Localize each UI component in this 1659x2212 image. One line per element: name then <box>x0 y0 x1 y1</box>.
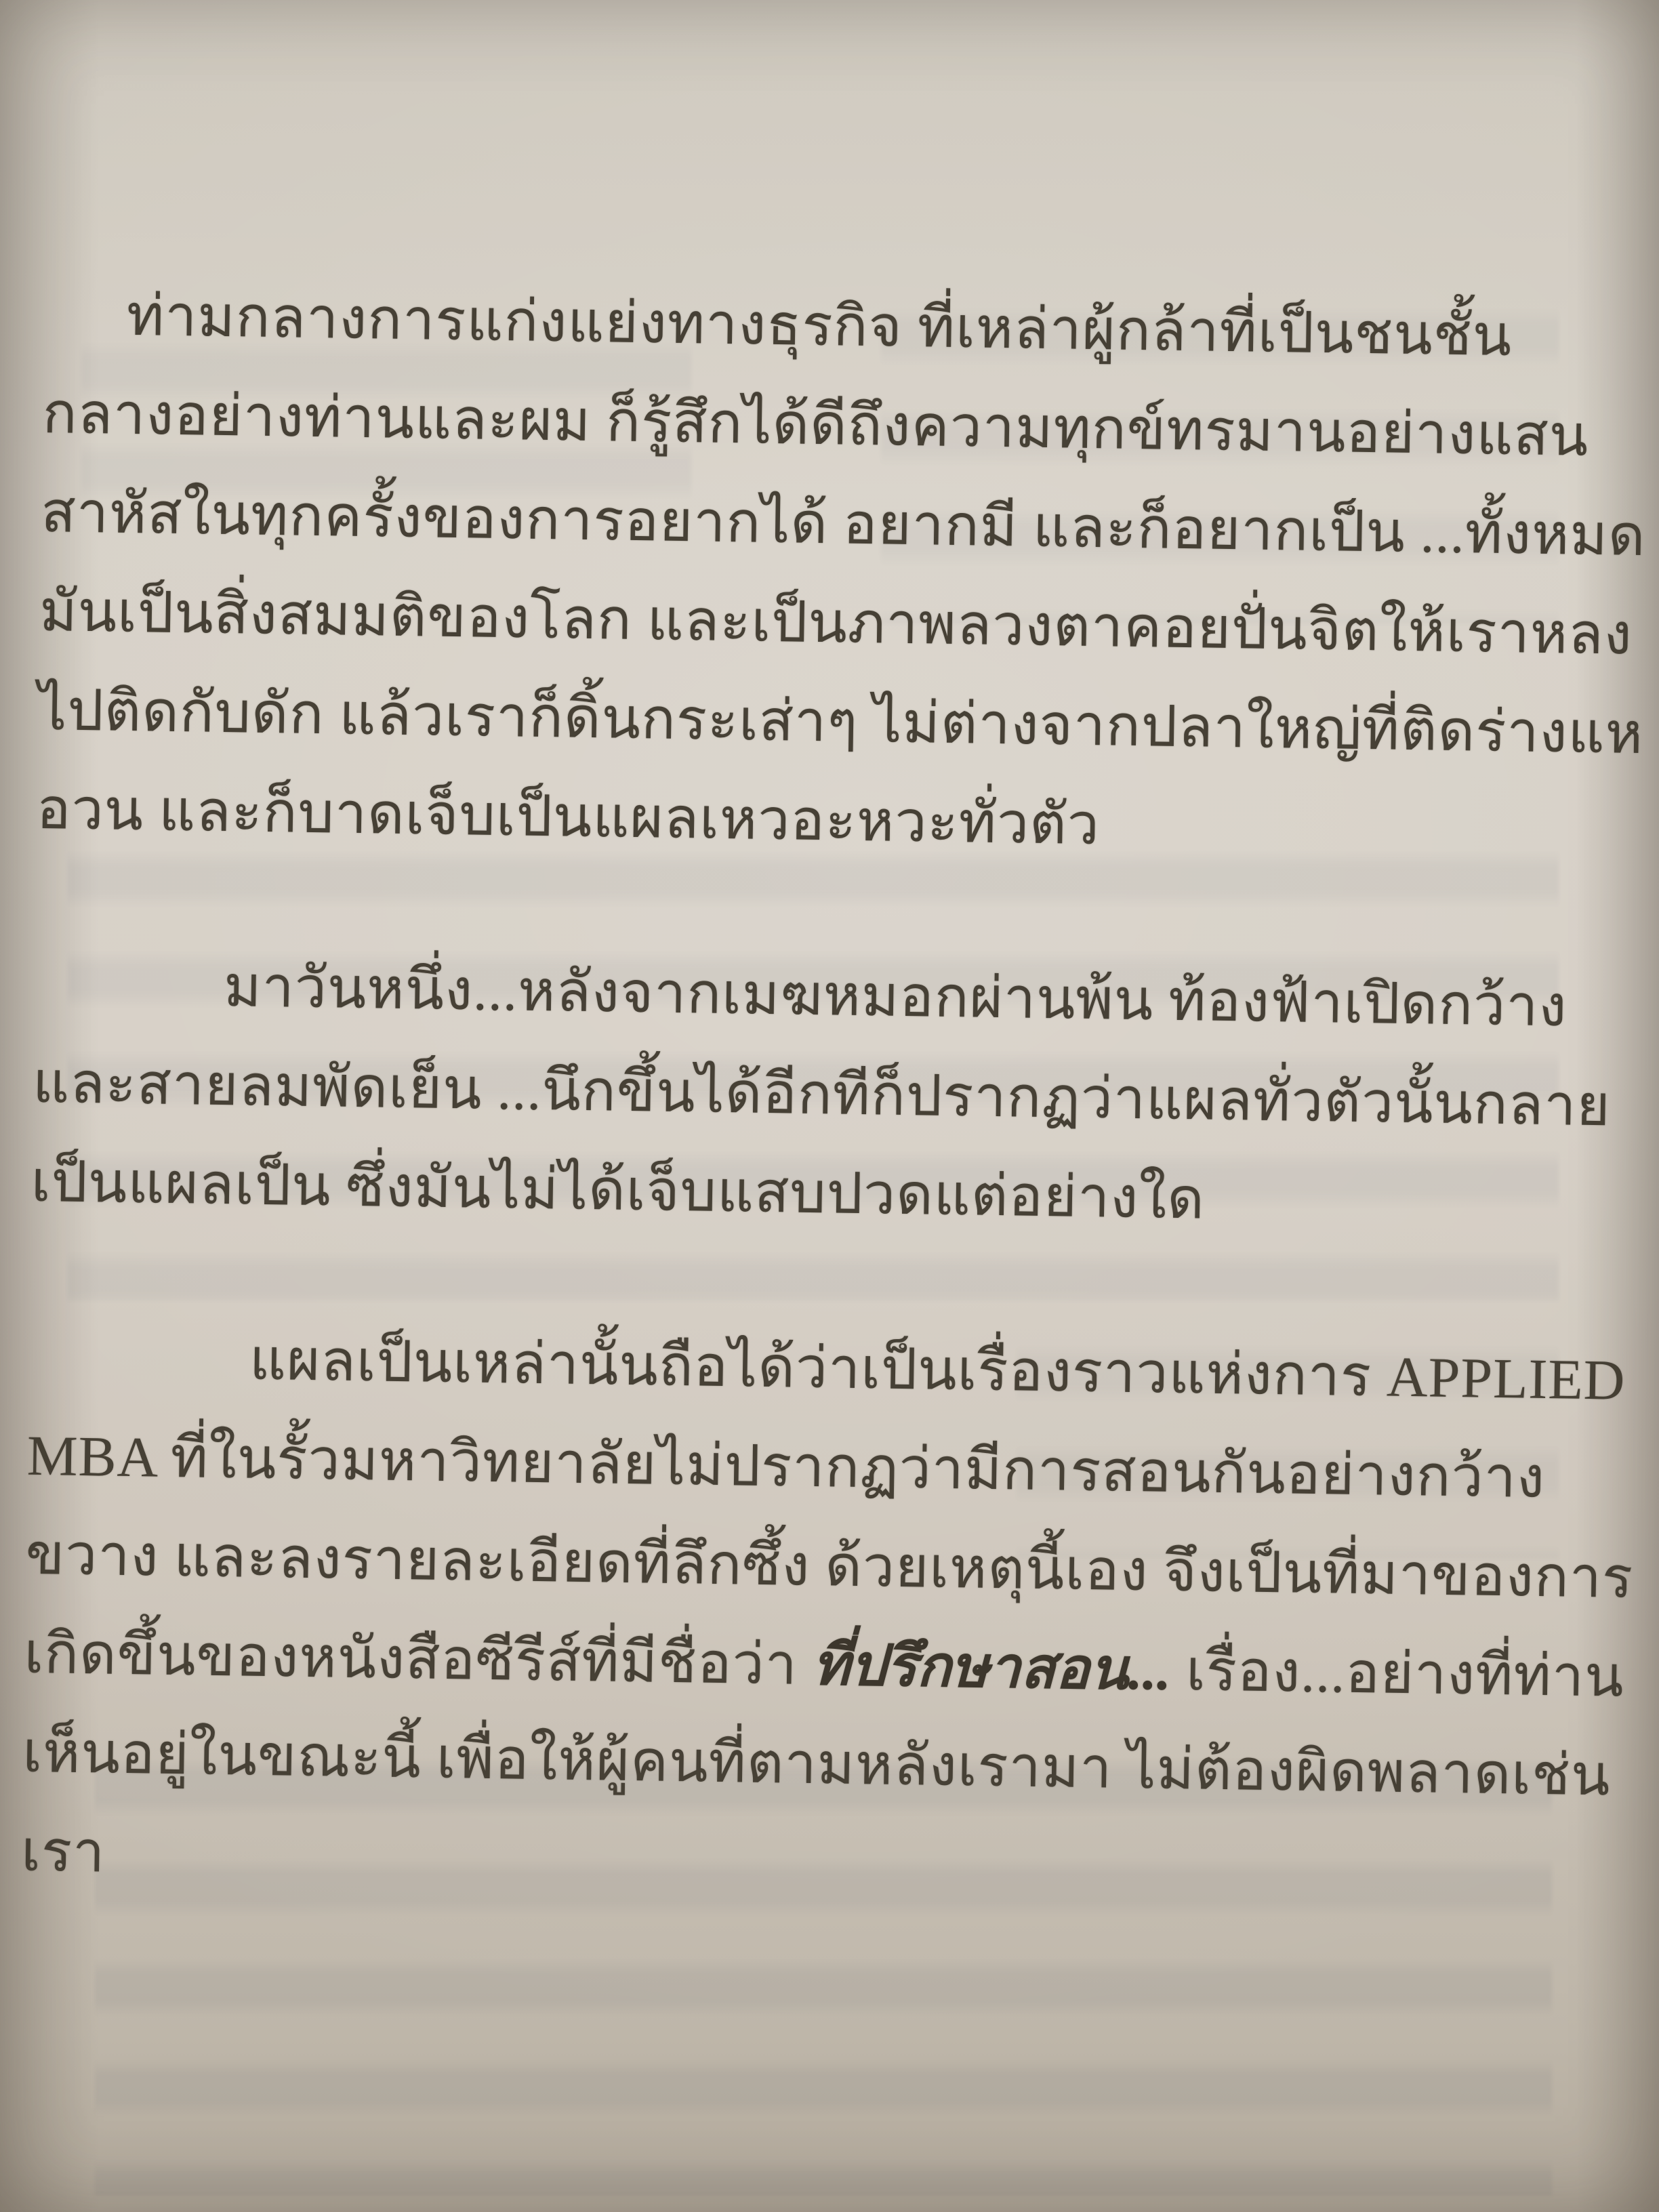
text-line: เห็นอยู่ในขณะนี้ เพื่อให้ผู้คนที่ตามหลัง… <box>22 1704 1412 1823</box>
text-line: เรา <box>20 1803 1411 1922</box>
series-title-bold: ที่ปรึกษาสอน... <box>812 1634 1172 1702</box>
paragraph-1: ท่ามกลางการแก่งแย่งทางธุรกิจ ที่เหล่าผู้… <box>36 266 1434 880</box>
page-text-block: ท่ามกลางการแก่งแย่งทางธุรกิจ ที่เหล่าผู้… <box>20 266 1434 1922</box>
text-segment: เรื่อง...อย่างที่ท่าน <box>1170 1639 1624 1709</box>
text-line: เป็นแผลเป็น ซึ่งมันไม่ได้เจ็บแสบปวดแต่อย… <box>30 1133 1421 1252</box>
paragraph-2: มาวันหนึ่ง...หลังจากเมฆหมอกผ่านพ้น ท้องฟ… <box>30 935 1424 1252</box>
text-segment: เกิดขึ้นของหนังสือซีรีส์ที่มีชื่อว่า <box>24 1622 813 1697</box>
text-line: อวน และก็บาดเจ็บเป็นแผลเหวอะหวะทั่วตัว <box>36 760 1427 880</box>
paragraph-3: แผลเป็นเหล่านั้นถือได้ว่าเป็นเรื่องราวแห… <box>20 1308 1418 1922</box>
book-page-photo: ท่ามกลางการแก่งแย่งทางธุรกิจ ที่เหล่าผู้… <box>0 0 1659 2212</box>
